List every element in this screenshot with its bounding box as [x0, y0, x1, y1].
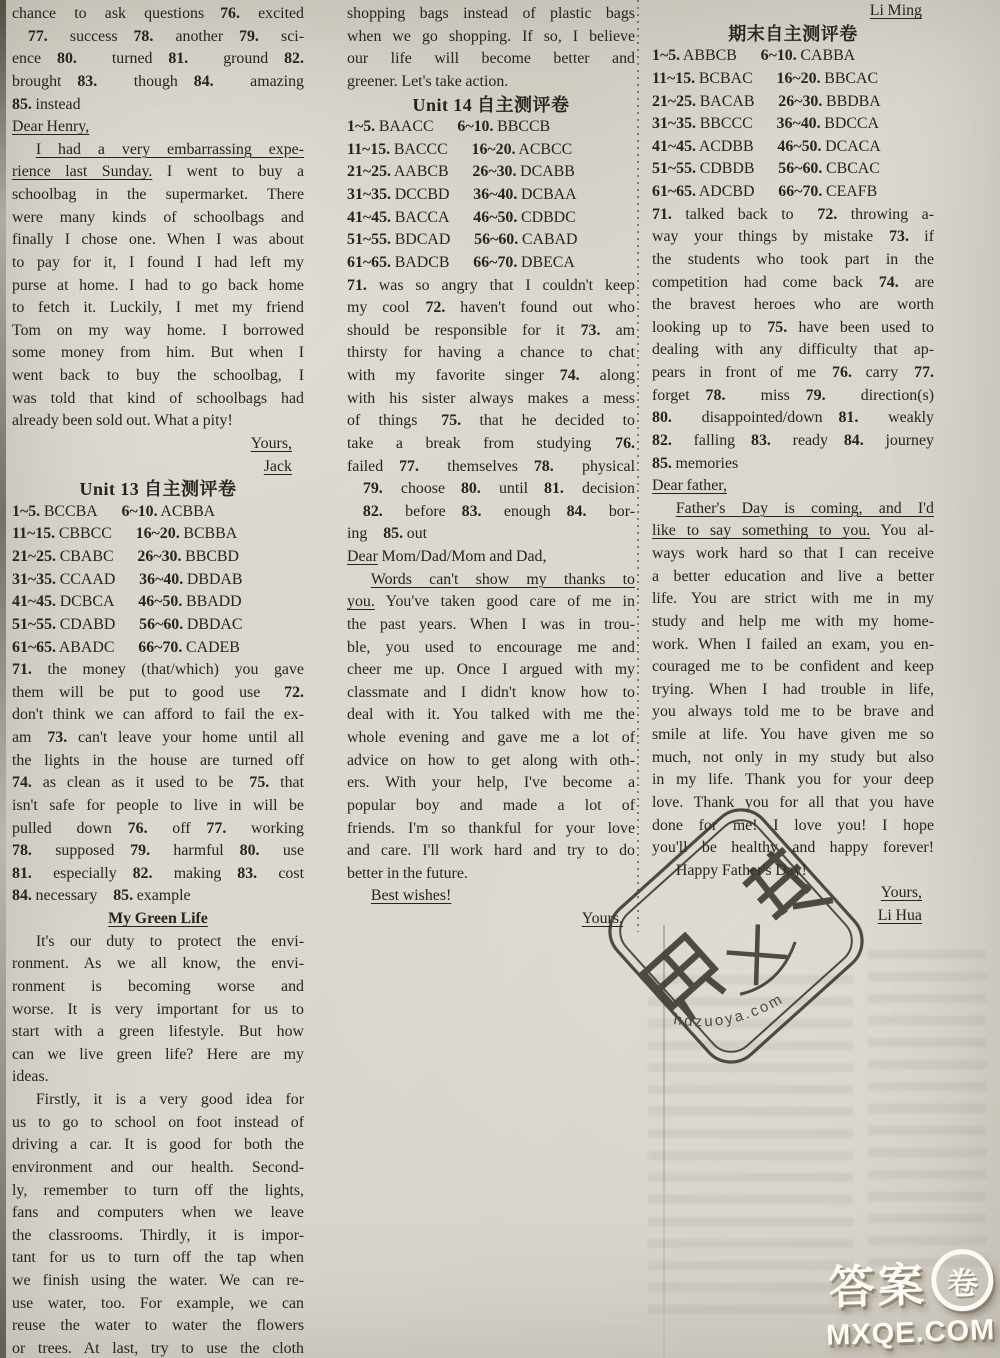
- text-line: 11~15. CBBCC 16~20. BCBBA: [12, 523, 304, 546]
- text-run: instead: [32, 96, 81, 113]
- text-run: carry: [852, 364, 914, 381]
- text-run: 36~40.: [139, 571, 183, 588]
- text-line: worse. It is very important for us to: [12, 999, 304, 1022]
- text-line: 80. disappointed/down 81. weakly: [652, 407, 934, 430]
- text-run: Father's Day is coming, and I'd: [676, 500, 934, 517]
- text-run: a better education and live a better: [652, 568, 934, 585]
- text-run: 26~30.: [778, 93, 822, 110]
- text-run: along: [580, 367, 635, 384]
- text-run: you.: [347, 593, 375, 610]
- text-line: us to go to school on foot instead of: [12, 1112, 304, 1135]
- text-run: study and help me with my home-: [652, 613, 934, 630]
- text-line: Firstly, it is a very good idea for: [12, 1089, 304, 1112]
- text-line: ing 85. out: [347, 523, 635, 546]
- text-line: the lights in the house are turned off: [12, 750, 304, 773]
- text-line: or trees. At last, try to use the cloth: [12, 1338, 304, 1358]
- text-run: You al-: [870, 522, 934, 539]
- brand-circled-char: 卷: [946, 1257, 979, 1303]
- text-run: Li Ming: [870, 2, 922, 19]
- text-line: 51~55. CDABD 56~60. DBDAC: [12, 614, 304, 637]
- text-run: Words can't show my thanks to: [371, 571, 635, 588]
- text-run: My Green Life: [108, 910, 208, 927]
- text-run: the past years. When I was in trou-: [347, 616, 635, 633]
- text-run: 80.: [652, 409, 672, 426]
- text-run: pears in front of me: [652, 364, 832, 381]
- text-run: went back to buy the schoolbag, I: [12, 367, 304, 384]
- text-run: with his sister always makes a mess: [347, 390, 635, 407]
- text-run: 75.: [441, 412, 461, 429]
- text-run: BBCBD: [181, 548, 239, 565]
- text-run: 76.: [128, 820, 148, 837]
- text-run: BBDBA: [822, 93, 880, 110]
- text-line: 79. choose 80. until 81. decision: [347, 478, 635, 501]
- text-run: 6~10.: [761, 47, 797, 64]
- text-run: DBDAC: [183, 616, 242, 633]
- text-line: Yours,: [12, 433, 304, 456]
- text-run: the lights in the house are turned off: [12, 752, 304, 769]
- text-run: ACBBA: [158, 503, 216, 520]
- text-run: ADCBD: [696, 183, 778, 200]
- text-line: life. You are strict with me in my: [652, 588, 934, 611]
- text-run: 71.: [12, 661, 32, 678]
- text-run: some money from him. But when I: [12, 344, 304, 361]
- text-run: 36~40.: [473, 186, 517, 203]
- text-line: you always told me to be brave and: [652, 701, 934, 724]
- text-run: work. When I failed an exam, you en-: [652, 636, 934, 653]
- text-line: Jack: [12, 456, 304, 479]
- text-line: failed 77. themselves 78. physical: [347, 456, 635, 479]
- text-line: looking up to 75. have been used to: [652, 317, 934, 340]
- text-run: 16~20.: [136, 525, 180, 542]
- text-line: when we go shopping. If so, I believe: [347, 26, 635, 49]
- text-line: them will be put to good use 72.: [12, 682, 304, 705]
- site-domain: MXQE.COM: [826, 1314, 996, 1353]
- text-line: pears in front of me 76. carry 77.: [652, 362, 934, 385]
- text-run: making: [152, 865, 237, 882]
- text-run: disappointed/down: [672, 409, 839, 426]
- text-run: CADEB: [182, 639, 240, 656]
- text-run: 74.: [879, 274, 899, 291]
- text-line: 21~25. AABCB 26~30. DCABB: [347, 161, 635, 184]
- text-run: working: [226, 820, 304, 837]
- text-run: to fetch it. Luckily, I met my friend: [12, 299, 304, 316]
- text-line: couraged me to be confident and keep: [652, 656, 934, 679]
- text-run: ence: [12, 50, 57, 67]
- text-run: trying. When I had trouble in life,: [652, 681, 934, 698]
- text-line: 71. the money (that/which) you gave: [12, 659, 304, 682]
- text-run: memories: [672, 455, 738, 472]
- text-run: deal with it. You talked with me the: [347, 706, 635, 723]
- text-line: 61~65. ABADC 66~70. CADEB: [12, 637, 304, 660]
- text-run: 26~30.: [472, 163, 516, 180]
- text-run: 73.: [581, 322, 601, 339]
- text-run: Best wishes!: [371, 887, 451, 904]
- text-run: choose: [383, 480, 461, 497]
- text-run: 77.: [914, 364, 934, 381]
- text-run: You've taken good care of me in: [375, 593, 635, 610]
- text-line: Unit 14 自主测评卷: [347, 94, 635, 117]
- text-run: as clean as it used to be: [32, 774, 250, 791]
- text-line: whole evening and gave me a lot of: [347, 727, 635, 750]
- text-run: example: [133, 887, 191, 904]
- text-run: though: [97, 73, 194, 90]
- text-run: was so angry that I couldn't keep: [367, 277, 635, 294]
- text-run: DCCBD: [391, 186, 473, 203]
- text-run: 51~55.: [12, 616, 56, 633]
- text-run: don't think we can afford to fail the ex…: [12, 706, 304, 723]
- watermark-stamp: hdzuoya.com: [578, 768, 894, 1104]
- text-run: 31~35.: [12, 571, 56, 588]
- text-run: ronment is becoming worse and: [12, 978, 304, 995]
- text-run: themselves: [419, 458, 534, 475]
- text-line: ways work hard so that I can receive: [652, 543, 934, 566]
- text-line: classmate and I didn't know how to: [347, 682, 635, 705]
- text-run: miss: [725, 387, 805, 404]
- text-line: much, not only in my study but also: [652, 747, 934, 770]
- text-run: when we go shopping. If so, I believe: [347, 28, 635, 45]
- text-line: 41~45. DCBCA 46~50. BBADD: [12, 591, 304, 614]
- text-run: cost: [257, 865, 304, 882]
- text-run: couraged me to be confident and keep: [652, 658, 934, 675]
- text-run: supposed: [32, 842, 130, 859]
- text-run: to pay for it, I found I had left my: [12, 254, 304, 271]
- text-run: 83.: [751, 432, 771, 449]
- text-line: driving a car. It is good for both the: [12, 1134, 304, 1157]
- text-run: 83.: [462, 503, 482, 520]
- text-run: take a break from studying: [347, 435, 615, 452]
- text-line: Unit 13 自主测评卷: [12, 478, 304, 501]
- text-run: the classrooms. Thirdly, it is impor-: [12, 1227, 304, 1244]
- text-run: you always told me to be brave and: [652, 703, 934, 720]
- text-run: journey: [864, 432, 934, 449]
- text-run: Jack: [264, 458, 292, 475]
- text-line: 71. was so angry that I couldn't keep: [347, 275, 635, 298]
- text-line: some money from him. But when I: [12, 342, 304, 365]
- text-run: 期末自主测评卷: [728, 24, 858, 44]
- text-run: enough: [482, 503, 567, 520]
- text-line: ronment. As we all know, the envi-: [12, 953, 304, 976]
- text-run: 51~55.: [652, 160, 696, 177]
- text-run: 77.: [206, 820, 226, 837]
- text-run: brought: [12, 73, 77, 90]
- text-line: 31~35. BBCCC 36~40. BDCCA: [652, 113, 934, 136]
- text-line: forget 78. miss 79. direction(s): [652, 385, 934, 408]
- site-logo-brand: 答案 卷: [823, 1246, 994, 1318]
- text-run: way your things by mistake: [652, 228, 889, 245]
- text-run: that he decided to: [461, 412, 635, 429]
- text-line: competition had come back 74. are: [652, 272, 934, 295]
- page-edge-shadow: [0, 0, 6, 1358]
- text-run: 85.: [113, 887, 133, 904]
- text-run: necessary: [32, 887, 113, 904]
- text-run: 71.: [652, 206, 672, 223]
- text-run: start with a green lifestyle. But how: [12, 1023, 304, 1040]
- text-run: especially: [32, 865, 133, 882]
- text-run: am: [12, 729, 47, 746]
- text-run: 79.: [363, 480, 383, 497]
- text-run: 11~15.: [347, 141, 390, 158]
- site-logo: 答案 卷 MXQE.COM: [823, 1246, 996, 1353]
- text-run: am: [600, 322, 635, 339]
- text-run: Tom on my way home. I borrowed: [12, 322, 304, 339]
- text-run: CABBA: [797, 47, 855, 64]
- text-run: 11~15.: [652, 70, 695, 87]
- text-line: the classrooms. Thirdly, it is impor-: [12, 1225, 304, 1248]
- text-line: work. When I failed an exam, you en-: [652, 634, 934, 657]
- text-run: with my favorite singer: [347, 367, 560, 384]
- text-line: 51~55. CDBDB 56~60. CBCAC: [652, 158, 934, 181]
- text-line: 82. falling 83. ready 84. journey: [652, 430, 934, 453]
- text-line: 85. instead: [12, 94, 304, 117]
- text-run: 61~65.: [12, 639, 56, 656]
- text-line: 41~45. BACCA 46~50. CDBDC: [347, 207, 635, 230]
- text-run: 46~50.: [138, 593, 182, 610]
- text-run: turned: [77, 50, 168, 67]
- text-run: CCAAD: [56, 571, 139, 588]
- text-run: 84.: [567, 503, 587, 520]
- text-run: 81.: [12, 865, 32, 882]
- text-run: 36~40.: [777, 115, 821, 132]
- text-run: BDCAD: [391, 231, 474, 248]
- text-run: 41~45.: [12, 593, 56, 610]
- text-run: Mom/Dad/Mom and Dad,: [378, 548, 547, 565]
- text-run: 80.: [57, 50, 77, 67]
- text-line: with my favorite singer 74. along: [347, 365, 635, 388]
- text-run: driving a car. It is good for both the: [12, 1136, 304, 1153]
- text-line: 85. memories: [652, 453, 934, 476]
- text-line: we finish using the water. We can re-: [12, 1270, 304, 1293]
- text-line: start with a green lifestyle. But how: [12, 1021, 304, 1044]
- text-run: advice on how to get along with oth-: [347, 752, 635, 769]
- text-line: like to say something to you. You al-: [652, 520, 934, 543]
- text-run: off: [148, 820, 207, 837]
- text-run: amazing: [214, 73, 304, 90]
- text-run: can't leave your home until all: [67, 729, 304, 746]
- stamp-outer-border: [598, 798, 875, 1075]
- text-run: are: [899, 274, 934, 291]
- column-left: chance to ask questions 76. excited77. s…: [12, 3, 304, 1358]
- text-run: weakly: [858, 409, 934, 426]
- text-run: throwing a-: [837, 206, 934, 223]
- text-run: AABCB: [391, 163, 472, 180]
- text-line: ble, you used to encourage me and: [347, 637, 635, 660]
- text-run: purse at home. I had to go back home: [12, 277, 304, 294]
- text-run: 77.: [399, 458, 419, 475]
- text-run: BCBAC: [695, 70, 776, 87]
- text-line: cheer me up. Once I argued with my: [347, 659, 635, 682]
- text-run: before: [383, 503, 462, 520]
- text-run: pulled down: [12, 820, 128, 837]
- text-run: success: [48, 28, 134, 45]
- text-line: It's our duty to protect the envi-: [12, 931, 304, 954]
- text-run: 16~20.: [472, 141, 516, 158]
- text-run: ACDBB: [696, 138, 777, 155]
- text-line: the bravest heroes who are worth: [652, 294, 934, 317]
- text-run: Unit 13 自主测评卷: [80, 479, 237, 499]
- text-run: BACCA: [391, 209, 473, 226]
- text-run: us to go to school on foot instead of: [12, 1114, 304, 1131]
- text-run: can we live green life? Here are my: [12, 1046, 304, 1063]
- text-line: Father's Day is coming, and I'd: [652, 498, 934, 521]
- text-run: BBCCB: [493, 118, 550, 135]
- text-run: cheer me up. Once I argued with my: [347, 661, 635, 678]
- text-run: them will be put to good use: [12, 684, 284, 701]
- text-run: 78.: [534, 458, 554, 475]
- text-run: ideas.: [12, 1068, 49, 1085]
- text-run: or trees. At last, try to use the cloth: [12, 1340, 304, 1357]
- text-line: tant for us to turn off the tap when: [12, 1247, 304, 1270]
- text-line: should be responsible for it 73. am: [347, 320, 635, 343]
- text-run: 51~55.: [347, 231, 391, 248]
- text-run: should be responsible for it: [347, 322, 581, 339]
- text-line: 41~45. ACDBB 46~50. DCACA: [652, 136, 934, 159]
- text-run: ble, you used to encourage me and: [347, 639, 635, 656]
- text-run: out: [403, 525, 427, 542]
- text-run: tant for us to turn off the tap when: [12, 1249, 304, 1266]
- text-run: BCCBA: [40, 503, 121, 520]
- text-line: way your things by mistake 73. if: [652, 226, 934, 249]
- text-run: bor-: [586, 503, 635, 520]
- text-line: pulled down 76. off 77. working: [12, 818, 304, 841]
- text-run: 83.: [237, 865, 257, 882]
- text-line: shopping bags instead of plastic bags: [347, 3, 635, 26]
- text-line: smile at life. You have given me so: [652, 724, 934, 747]
- text-line: finally I chose one. When I was about: [12, 229, 304, 252]
- text-line: with his sister always makes a mess: [347, 388, 635, 411]
- text-run: 1~5.: [652, 47, 680, 64]
- text-run: 75.: [249, 774, 269, 791]
- text-line: 21~25. BACAB 26~30. BBDBA: [652, 91, 934, 114]
- text-run: I had a very embarrassing expe-: [36, 141, 304, 158]
- text-run: CDABD: [56, 616, 139, 633]
- text-run: if: [909, 228, 934, 245]
- text-run: Yours,: [251, 435, 292, 452]
- text-run: 76.: [615, 435, 635, 452]
- text-line: 61~65. BADCB 66~70. DBECA: [347, 252, 635, 275]
- text-line: 61~65. ADCBD 66~70. CEAFB: [652, 181, 934, 204]
- text-line: am 73. can't leave your home until all: [12, 727, 304, 750]
- text-run: environment and our health. Second-: [12, 1159, 304, 1176]
- text-run: DBDAB: [183, 571, 242, 588]
- text-run: 26~30.: [137, 548, 181, 565]
- text-run: ronment. As we all know, the envi-: [12, 955, 304, 972]
- text-run: BBCAC: [821, 70, 879, 87]
- text-run: 85.: [652, 455, 672, 472]
- text-run: ground: [188, 50, 284, 67]
- text-run: 78.: [12, 842, 32, 859]
- text-line: 21~25. CBABC 26~30. BBCBD: [12, 546, 304, 569]
- text-line: use water, too. For example, we can: [12, 1293, 304, 1316]
- text-run: 72.: [425, 299, 445, 316]
- text-run: ready: [771, 432, 844, 449]
- text-run: classmate and I didn't know how to: [347, 684, 635, 701]
- text-run: until: [481, 480, 544, 497]
- text-run: ing: [347, 525, 383, 542]
- text-run: CABAD: [518, 231, 577, 248]
- text-line: reuse the water to water the flowers: [12, 1315, 304, 1338]
- text-run: DCBCA: [56, 593, 138, 610]
- text-run: BBCCC: [696, 115, 777, 132]
- text-run: failed: [347, 458, 399, 475]
- text-line: thirsty for having a chance to chat: [347, 342, 635, 365]
- text-line: ence 80. turned 81. ground 82.: [12, 48, 304, 71]
- text-run: DBECA: [517, 254, 575, 271]
- text-line: don't think we can afford to fail the ex…: [12, 704, 304, 727]
- text-run: BCBBA: [180, 525, 238, 542]
- text-run: 72.: [284, 684, 304, 701]
- text-run: use water, too. For example, we can: [12, 1295, 304, 1312]
- text-line: Tom on my way home. I borrowed: [12, 320, 304, 343]
- text-run: 73.: [47, 729, 67, 746]
- text-run: of things: [347, 412, 441, 429]
- text-line: to fetch it. Luckily, I met my friend: [12, 297, 304, 320]
- text-run: 78.: [133, 28, 153, 45]
- text-run: CBABC: [56, 548, 137, 565]
- text-line: of things 75. that he decided to: [347, 410, 635, 433]
- text-line: ly, remember to turn off the lights,: [12, 1180, 304, 1203]
- text-line: deal with it. You talked with me the: [347, 704, 635, 727]
- text-run: ABADC: [56, 639, 138, 656]
- text-run: 46~50.: [777, 138, 821, 155]
- text-run: shopping bags instead of plastic bags: [347, 5, 635, 22]
- text-run: reuse the water to water the flowers: [12, 1317, 304, 1334]
- text-run: have been used to: [787, 319, 934, 336]
- text-run: 79.: [806, 387, 826, 404]
- text-line: Li Ming: [652, 0, 934, 23]
- text-run: that: [269, 774, 304, 791]
- text-line: environment and our health. Second-: [12, 1157, 304, 1180]
- text-run: schoolbag in the supermarket. There: [12, 186, 304, 203]
- text-run: dealing with any difficulty that ap-: [652, 341, 934, 358]
- text-run: excited: [240, 5, 304, 22]
- text-line: Dear Mom/Dad/Mom and Dad,: [347, 546, 635, 569]
- text-line: ronment is becoming worse and: [12, 976, 304, 999]
- text-run: finally I chose one. When I was about: [12, 231, 304, 248]
- text-line: were many kinds of schoolbags and: [12, 207, 304, 230]
- text-run: BACAB: [696, 93, 778, 110]
- text-line: my cool 72. haven't found out who: [347, 297, 635, 320]
- text-run: 85.: [12, 96, 32, 113]
- text-run: like to say something to you.: [652, 522, 870, 539]
- text-line: greener. Let's take action.: [347, 71, 635, 94]
- text-line: 71. talked back to 72. throwing a-: [652, 204, 934, 227]
- text-line: trying. When I had trouble in life,: [652, 679, 934, 702]
- text-line: 1~5. ABBCB 6~10. CABBA: [652, 45, 934, 68]
- text-run: 56~60.: [474, 231, 518, 248]
- text-line: purse at home. I had to go back home: [12, 275, 304, 298]
- text-run: talked back to: [672, 206, 818, 223]
- text-run: 41~45.: [652, 138, 696, 155]
- text-run: 73.: [889, 228, 909, 245]
- text-line: dealing with any difficulty that ap-: [652, 339, 934, 362]
- text-line: study and help me with my home-: [652, 611, 934, 634]
- text-line: a better education and live a better: [652, 566, 934, 589]
- text-run: falling: [672, 432, 751, 449]
- text-run: BAACC: [375, 118, 457, 135]
- text-run: direction(s): [826, 387, 934, 404]
- text-line: 11~15. BACCC 16~20. ACBCC: [347, 139, 635, 162]
- text-run: greener. Let's take action.: [347, 73, 508, 90]
- text-line: rience last Sunday. I went to buy a: [12, 161, 304, 184]
- text-run: 80.: [240, 842, 260, 859]
- text-run: life. You are strict with me in my: [652, 590, 934, 607]
- text-run: Dear: [347, 548, 378, 565]
- text-run: 74.: [560, 367, 580, 384]
- text-run: 66~70.: [473, 254, 517, 271]
- text-line: schoolbag in the supermarket. There: [12, 184, 304, 207]
- text-run: BBADD: [182, 593, 241, 610]
- text-run: chance to ask questions: [12, 5, 220, 22]
